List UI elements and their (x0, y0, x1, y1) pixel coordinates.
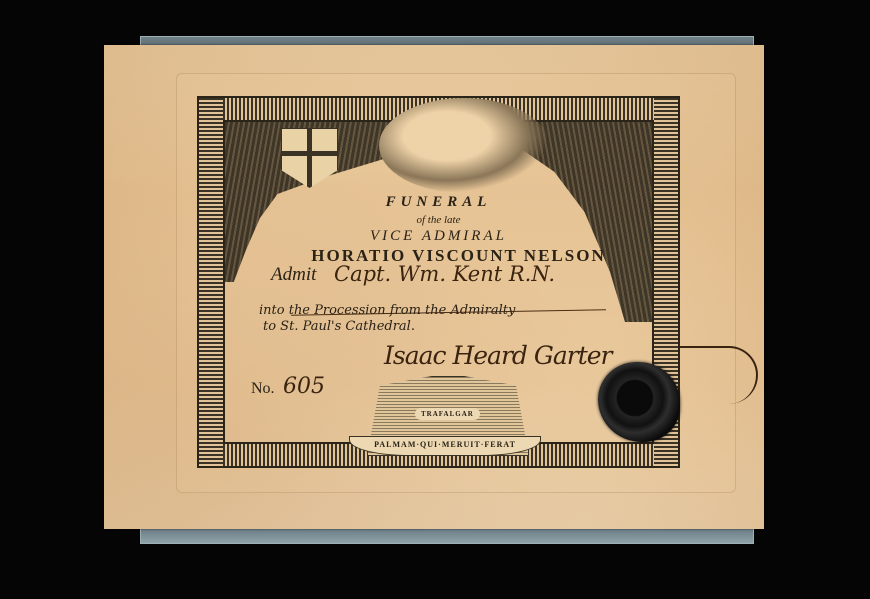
banner-cross-horizontal (282, 151, 337, 156)
procession-line-2: to St. Paul's Cathedral. (263, 319, 415, 334)
procession-line-1: into the Procession from the Admiralty (259, 303, 515, 318)
signature: Isaac Heard Garter (384, 341, 611, 370)
motto-ribbon: PALMAM·QUI·MERUIT·FERAT (349, 436, 541, 456)
signature-flourish (680, 346, 758, 404)
heading-funeral: FUNERAL (199, 194, 678, 211)
ticket-number: 605 (283, 374, 325, 399)
angel-figure-icon (379, 98, 549, 193)
monument-inscription: TRAFALGAR (415, 408, 480, 420)
number-label: No. (251, 380, 275, 398)
admit-label: Admit (271, 264, 316, 286)
rank-title: VICE ADMIRAL (199, 228, 678, 245)
banner-cross-vertical (307, 129, 312, 187)
frame-border-left (199, 98, 223, 466)
subheading: of the late (199, 214, 678, 226)
admitted-person-handwritten: Capt. Wm. Kent R.N. (334, 262, 555, 286)
